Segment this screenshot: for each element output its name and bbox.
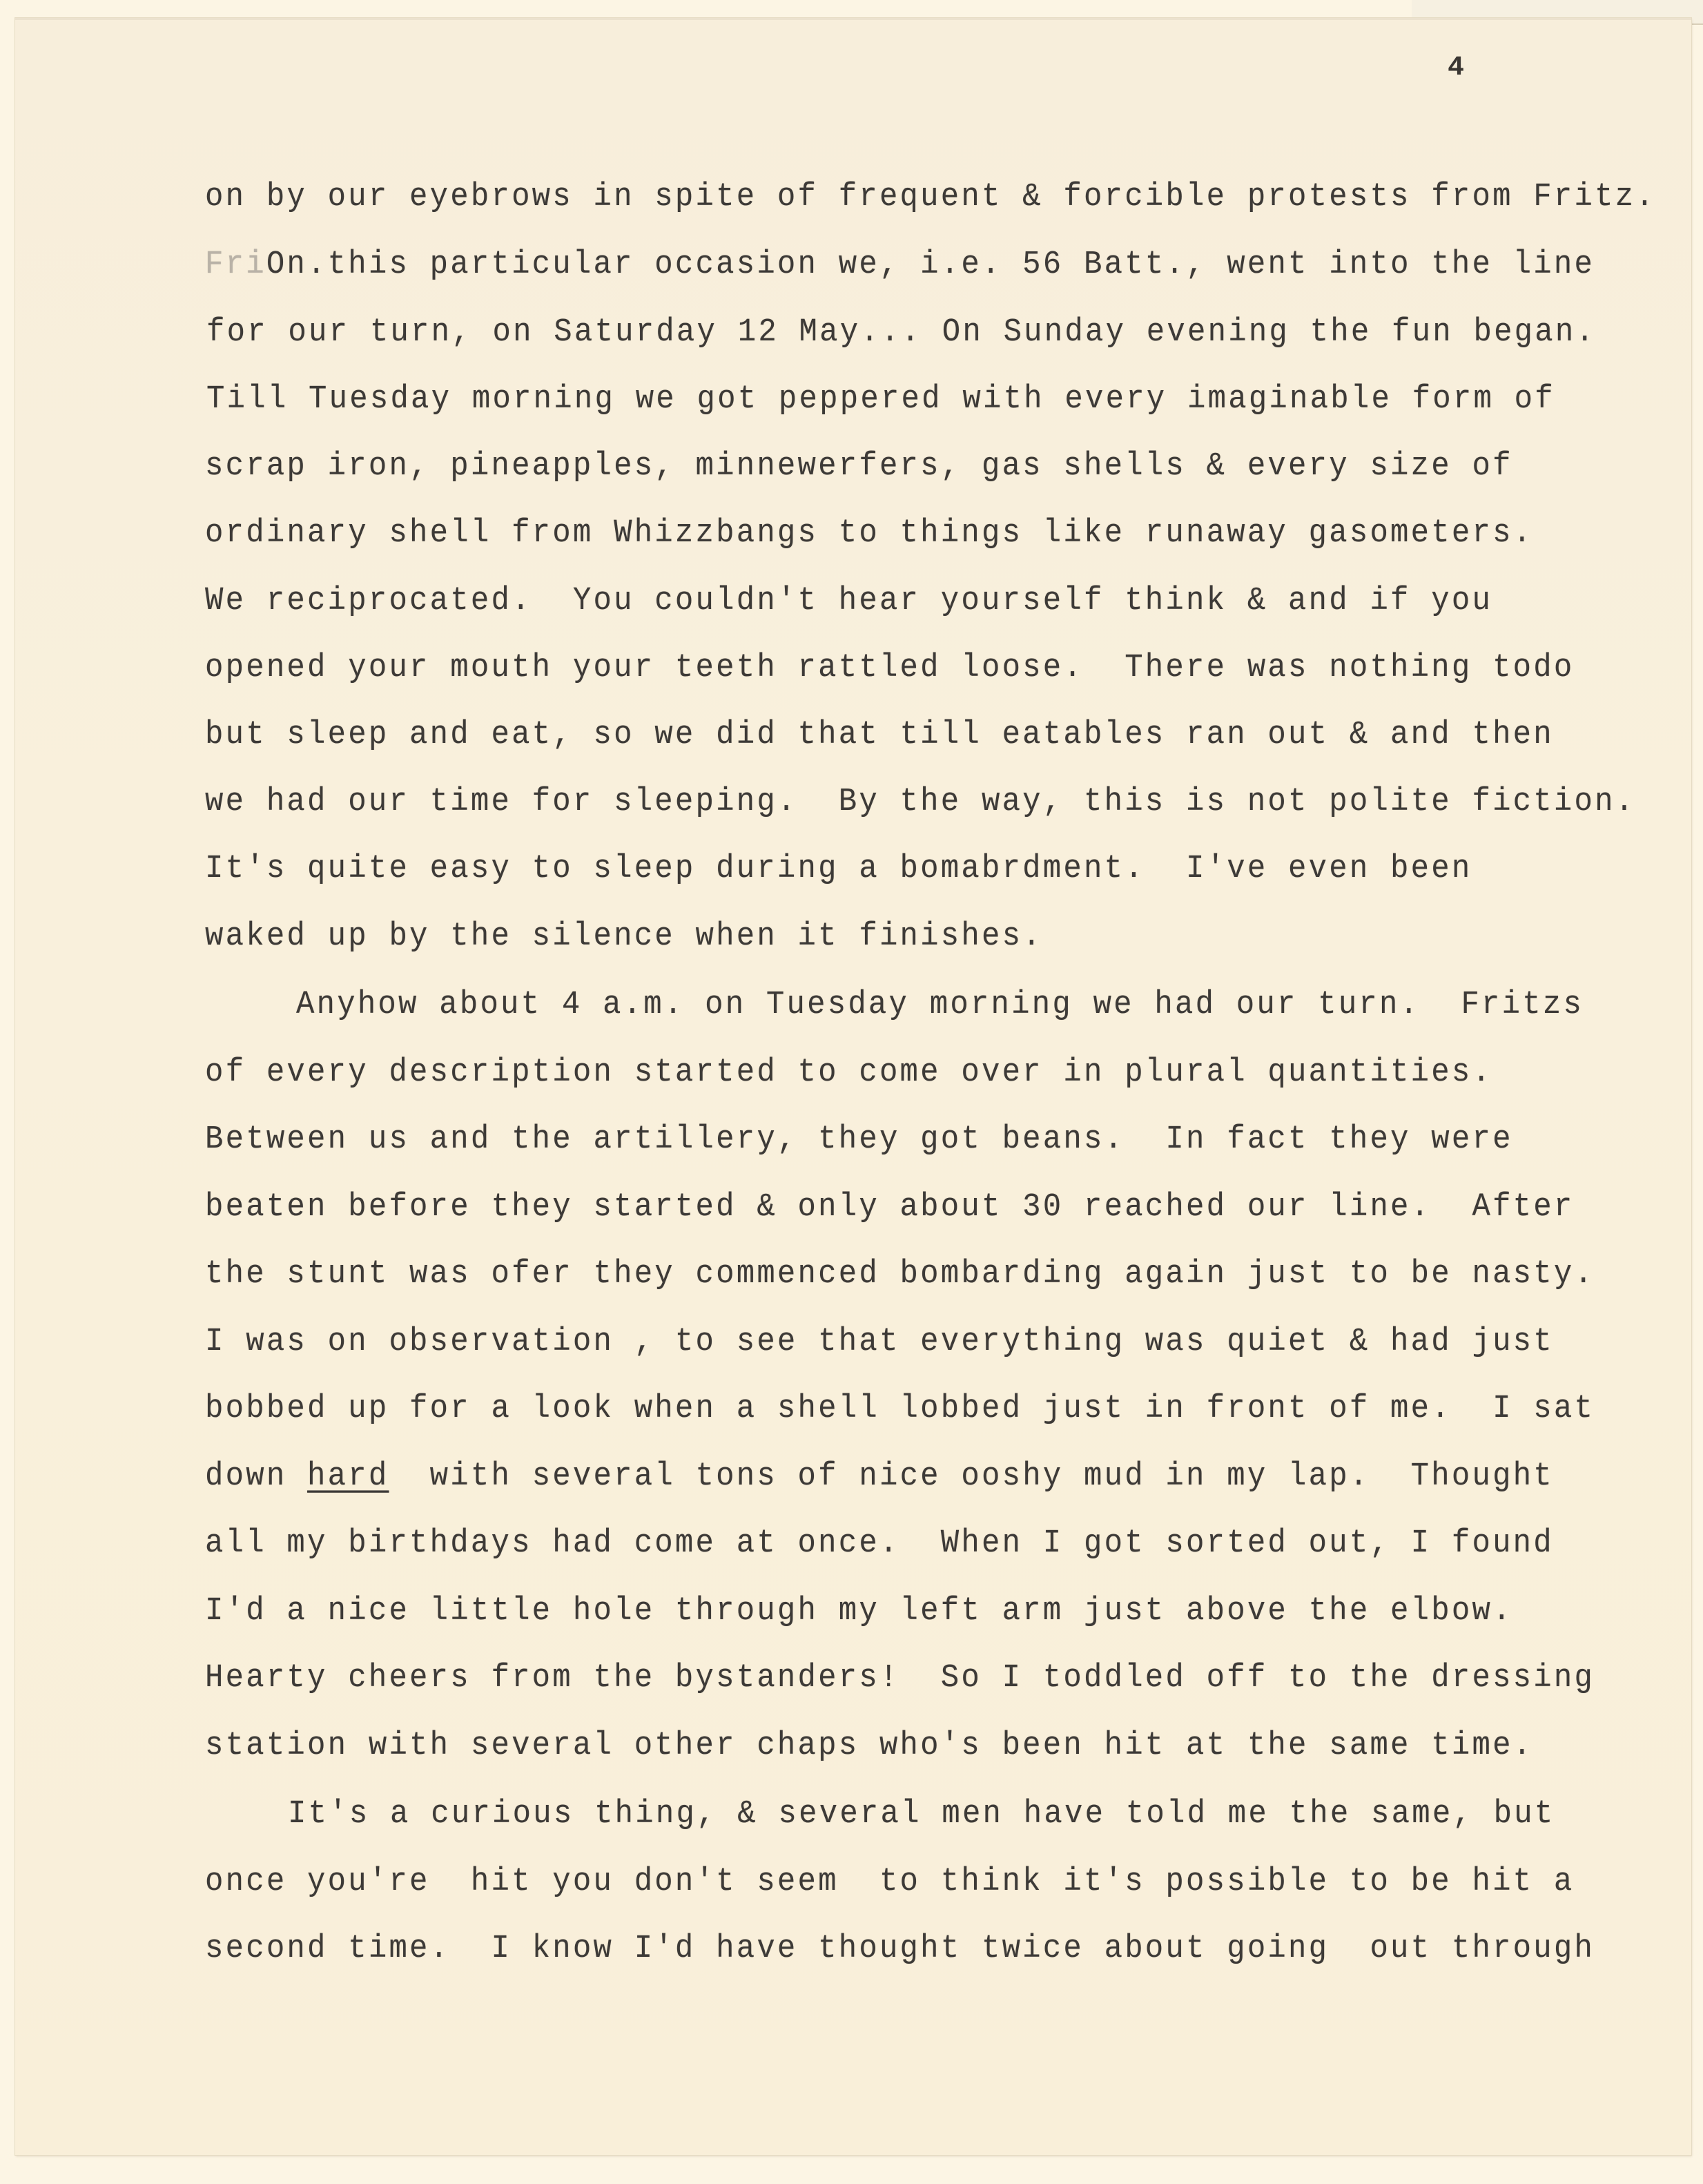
text-line: on by our eyebrows in spite of frequent … bbox=[205, 175, 1656, 220]
text-line: station with several other chaps who's b… bbox=[205, 1723, 1533, 1768]
paragraph-start-line: It's a curious thing, & several men have… bbox=[288, 1792, 1555, 1837]
text-line: FriOn.this particular occasion we, i.e. … bbox=[205, 242, 1595, 287]
text-line: Hearty cheers from the bystanders! So I … bbox=[205, 1656, 1595, 1701]
text-line: but sleep and eat, so we did that till e… bbox=[205, 713, 1554, 757]
text-line: scrap iron, pineapples, minnewerfers, ga… bbox=[205, 444, 1513, 489]
struck-text: Fri bbox=[205, 246, 266, 283]
text-line: we had our time for sleeping. By the way… bbox=[205, 780, 1635, 824]
page-number: 4 bbox=[1448, 52, 1464, 84]
text-line: It's quite easy to sleep during a bomabr… bbox=[205, 847, 1472, 891]
page-top-edge bbox=[15, 18, 1691, 20]
text-line: once you're hit you don't seem to think … bbox=[205, 1859, 1575, 1904]
text-line: beaten before they started & only about … bbox=[205, 1185, 1575, 1230]
text-line: down hard with several tons of nice oosh… bbox=[205, 1454, 1554, 1499]
text-line: of every description started to come ove… bbox=[205, 1050, 1492, 1095]
text-line: waked up by the silence when it finishes… bbox=[205, 914, 1043, 959]
text-line: Between us and the artillery, they got b… bbox=[205, 1117, 1513, 1162]
underlined-word: hard bbox=[307, 1458, 389, 1495]
text-line: I'd a nice little hole through my left a… bbox=[205, 1589, 1513, 1634]
paragraph-start-line: Anyhow about 4 a.m. on Tuesday morning w… bbox=[296, 983, 1584, 1027]
text-line: Till Tuesday morning we got peppered wit… bbox=[206, 377, 1555, 422]
text-line: the stunt was ofer they commenced bombar… bbox=[205, 1252, 1595, 1297]
text-line: ordinary shell from Whizzbangs to things… bbox=[205, 511, 1533, 556]
text-line: second time. I know I'd have thought twi… bbox=[205, 1926, 1595, 1971]
text-line: opened your mouth your teeth rattled loo… bbox=[205, 646, 1575, 690]
text-line: bobbed up for a look when a shell lobbed… bbox=[205, 1386, 1595, 1431]
text-line: for our turn, on Saturday 12 May... On S… bbox=[206, 310, 1596, 355]
text-line: all my birthdays had come at once. When … bbox=[205, 1521, 1554, 1566]
text-line: We reciprocated. You couldn't hear yours… bbox=[205, 579, 1492, 624]
text-line: I was on observation , to see that every… bbox=[205, 1320, 1554, 1364]
